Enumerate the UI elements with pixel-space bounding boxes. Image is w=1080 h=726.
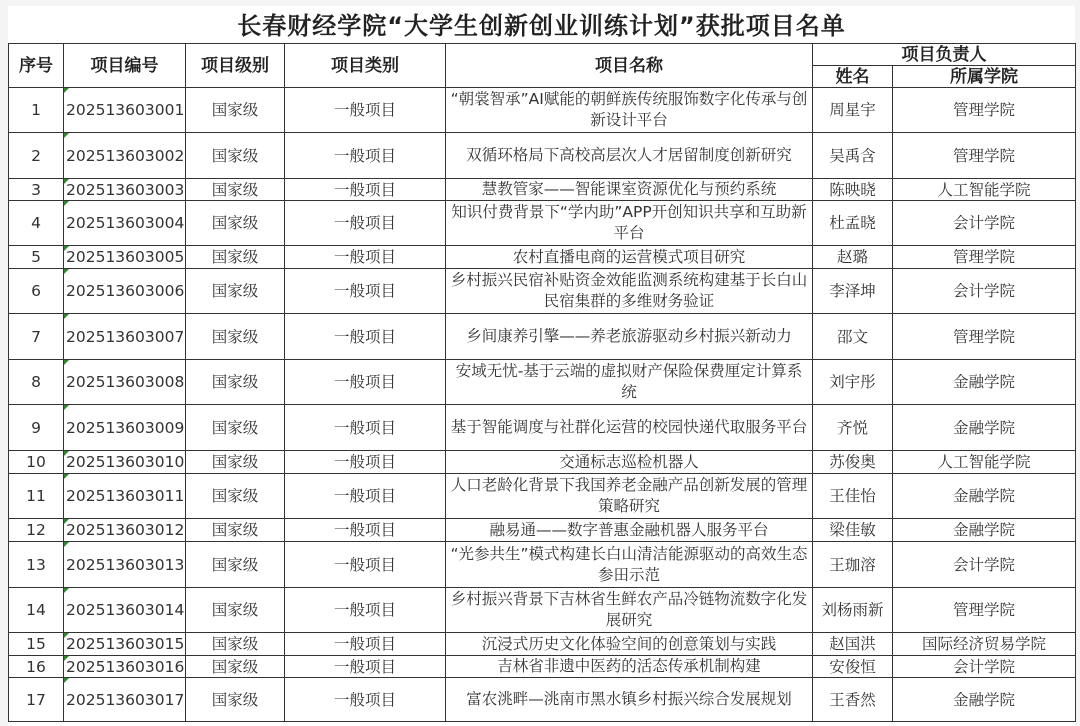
cell-leader-college: 管理学院	[893, 588, 1076, 633]
cell-index: 8	[9, 360, 64, 405]
table-row: 14 202513603014 国家级 一般项目 乡村振兴背景下吉林省生鲜农产品…	[9, 588, 1076, 633]
cell-project-name: 富农洮畔—洮南市黑水镇乡村振兴综合发展规划	[446, 678, 813, 721]
cell-project-name: 人口老龄化背景下我国养老金融产品创新发展的管理策略研究	[446, 474, 813, 519]
cell-index: 16	[9, 656, 64, 678]
table-row: 7 202513603007 国家级 一般项目 乡间康养引擎——养老旅游驱动乡村…	[9, 314, 1076, 360]
cell-category: 一般项目	[285, 656, 446, 678]
cell-level: 国家级	[186, 88, 285, 133]
cell-index: 6	[9, 269, 64, 314]
cell-leader-name: 周星宇	[813, 88, 893, 133]
table-body: 1 202513603001 国家级 一般项目 “朝裳智承”AI赋能的朝鲜族传统…	[9, 88, 1076, 721]
cell-project-name: 交通标志巡检机器人	[446, 451, 813, 474]
cell-level: 国家级	[186, 269, 285, 314]
cell-category: 一般项目	[285, 314, 446, 360]
cell-project-name: 慧教管家——智能课室资源优化与预约系统	[446, 179, 813, 201]
cell-leader-college: 会计学院	[893, 542, 1076, 588]
header-leader-group: 项目负责人	[813, 44, 1076, 66]
cell-code: 202513603017	[64, 678, 186, 721]
header-index: 序号	[9, 44, 64, 88]
cell-leader-name: 刘杨雨新	[813, 588, 893, 633]
cell-leader-name: 吴禹含	[813, 133, 893, 179]
cell-level: 国家级	[186, 633, 285, 656]
table-row: 8 202513603008 国家级 一般项目 安域无忧-基于云端的虚拟财产保险…	[9, 360, 1076, 405]
cell-leader-college: 金融学院	[893, 474, 1076, 519]
projects-table: 序号 项目编号 项目级别 项目类别 项目名称 项目负责人 姓名 所属学院 1 2…	[8, 43, 1076, 720]
header-leader-name: 姓名	[813, 66, 893, 88]
cell-code: 202513603007	[64, 314, 186, 360]
cell-code: 202513603016	[64, 656, 186, 678]
cell-leader-college: 会计学院	[893, 656, 1076, 678]
cell-category: 一般项目	[285, 201, 446, 246]
cell-leader-college: 金融学院	[893, 405, 1076, 451]
cell-index: 15	[9, 633, 64, 656]
cell-leader-college: 管理学院	[893, 314, 1076, 360]
cell-level: 国家级	[186, 246, 285, 269]
cell-level: 国家级	[186, 133, 285, 179]
cell-level: 国家级	[186, 474, 285, 519]
cell-project-name: “朝裳智承”AI赋能的朝鲜族传统服饰数字化传承与创新设计平台	[446, 88, 813, 133]
cell-project-name: 融易通——数字普惠金融机器人服务平台	[446, 519, 813, 542]
cell-category: 一般项目	[285, 588, 446, 633]
cell-level: 国家级	[186, 360, 285, 405]
table-row: 13 202513603013 国家级 一般项目 “光参共生”模式构建长白山清洁…	[9, 542, 1076, 588]
table-row: 10 202513603010 国家级 一般项目 交通标志巡检机器人 苏俊奥 人…	[9, 451, 1076, 474]
table-row: 12 202513603012 国家级 一般项目 融易通——数字普惠金融机器人服…	[9, 519, 1076, 542]
cell-leader-college: 管理学院	[893, 133, 1076, 179]
cell-index: 1	[9, 88, 64, 133]
cell-project-name: 沉浸式历史文化体验空间的创意策划与实践	[446, 633, 813, 656]
header-leader-college: 所属学院	[893, 66, 1076, 88]
cell-leader-name: 安俊恒	[813, 656, 893, 678]
cell-category: 一般项目	[285, 133, 446, 179]
table-row: 5 202513603005 国家级 一般项目 农村直播电商的运营模式项目研究 …	[9, 246, 1076, 269]
cell-level: 国家级	[186, 314, 285, 360]
cell-leader-college: 会计学院	[893, 201, 1076, 246]
cell-category: 一般项目	[285, 678, 446, 721]
cell-index: 13	[9, 542, 64, 588]
cell-project-name: 知识付费背景下“学内助”APP开创知识共享和互助新平台	[446, 201, 813, 246]
cell-leader-college: 金融学院	[893, 678, 1076, 721]
table-row: 11 202513603011 国家级 一般项目 人口老龄化背景下我国养老金融产…	[9, 474, 1076, 519]
table-row: 15 202513603015 国家级 一般项目 沉浸式历史文化体验空间的创意策…	[9, 633, 1076, 656]
cell-code: 202513603001	[64, 88, 186, 133]
cell-leader-college: 会计学院	[893, 269, 1076, 314]
table-row: 6 202513603006 国家级 一般项目 乡村振兴民宿补贴资金效能监测系统…	[9, 269, 1076, 314]
cell-project-name: 安域无忧-基于云端的虚拟财产保险保费厘定计算系统	[446, 360, 813, 405]
cell-code: 202513603011	[64, 474, 186, 519]
cell-leader-college: 管理学院	[893, 88, 1076, 133]
cell-leader-name: 邵文	[813, 314, 893, 360]
cell-project-name: “光参共生”模式构建长白山清洁能源驱动的高效生态参田示范	[446, 542, 813, 588]
cell-project-name: 吉林省非遗中医药的活态传承机制构建	[446, 656, 813, 678]
cell-leader-college: 金融学院	[893, 519, 1076, 542]
cell-index: 11	[9, 474, 64, 519]
cell-category: 一般项目	[285, 633, 446, 656]
cell-category: 一般项目	[285, 360, 446, 405]
cell-category: 一般项目	[285, 405, 446, 451]
cell-code: 202513603006	[64, 269, 186, 314]
cell-level: 国家级	[186, 678, 285, 721]
cell-index: 7	[9, 314, 64, 360]
cell-leader-name: 杜孟晓	[813, 201, 893, 246]
cell-leader-name: 赵国洪	[813, 633, 893, 656]
table-row: 16 202513603016 国家级 一般项目 吉林省非遗中医药的活态传承机制…	[9, 656, 1076, 678]
cell-category: 一般项目	[285, 474, 446, 519]
cell-code: 202513603005	[64, 246, 186, 269]
cell-level: 国家级	[186, 656, 285, 678]
cell-index: 10	[9, 451, 64, 474]
cell-code: 202513603009	[64, 405, 186, 451]
cell-level: 国家级	[186, 451, 285, 474]
cell-index: 9	[9, 405, 64, 451]
cell-index: 5	[9, 246, 64, 269]
cell-leader-name: 王佳怡	[813, 474, 893, 519]
cell-code: 202513603013	[64, 542, 186, 588]
cell-leader-name: 齐悦	[813, 405, 893, 451]
cell-leader-college: 国际经济贸易学院	[893, 633, 1076, 656]
cell-project-name: 农村直播电商的运营模式项目研究	[446, 246, 813, 269]
cell-leader-college: 人工智能学院	[893, 179, 1076, 201]
cell-category: 一般项目	[285, 246, 446, 269]
table-row: 4 202513603004 国家级 一般项目 知识付费背景下“学内助”APP开…	[9, 201, 1076, 246]
cell-category: 一般项目	[285, 451, 446, 474]
cell-leader-name: 李泽坤	[813, 269, 893, 314]
cell-level: 国家级	[186, 201, 285, 246]
cell-project-name: 乡村振兴民宿补贴资金效能监测系统构建基于长白山民宿集群的多维财务验证	[446, 269, 813, 314]
cell-level: 国家级	[186, 179, 285, 201]
cell-category: 一般项目	[285, 269, 446, 314]
cell-project-name: 乡间康养引擎——养老旅游驱动乡村振兴新动力	[446, 314, 813, 360]
cell-leader-name: 刘宇彤	[813, 360, 893, 405]
cell-leader-name: 陈映晓	[813, 179, 893, 201]
cell-code: 202513603010	[64, 451, 186, 474]
cell-code: 202513603015	[64, 633, 186, 656]
cell-leader-college: 金融学院	[893, 360, 1076, 405]
table-row: 1 202513603001 国家级 一般项目 “朝裳智承”AI赋能的朝鲜族传统…	[9, 88, 1076, 133]
header-project-name: 项目名称	[446, 44, 813, 88]
cell-category: 一般项目	[285, 519, 446, 542]
cell-code: 202513603003	[64, 179, 186, 201]
cell-index: 3	[9, 179, 64, 201]
table-row: 17 202513603017 国家级 一般项目 富农洮畔—洮南市黑水镇乡村振兴…	[9, 678, 1076, 721]
cell-category: 一般项目	[285, 88, 446, 133]
cell-code: 202513603012	[64, 519, 186, 542]
cell-leader-name: 赵璐	[813, 246, 893, 269]
cell-code: 202513603014	[64, 588, 186, 633]
spreadsheet-document: 长春财经学院“大学生创新创业训练计划”获批项目名单 序号 项目编号 项目级别 项…	[8, 6, 1075, 720]
cell-index: 17	[9, 678, 64, 721]
cell-level: 国家级	[186, 588, 285, 633]
cell-code: 202513603008	[64, 360, 186, 405]
cell-level: 国家级	[186, 405, 285, 451]
cell-code: 202513603004	[64, 201, 186, 246]
document-title: 长春财经学院“大学生创新创业训练计划”获批项目名单	[8, 6, 1075, 43]
cell-category: 一般项目	[285, 179, 446, 201]
table-row: 9 202513603009 国家级 一般项目 基于智能调度与社群化运营的校园快…	[9, 405, 1076, 451]
cell-leader-name: 梁佳敏	[813, 519, 893, 542]
cell-leader-college: 人工智能学院	[893, 451, 1076, 474]
cell-level: 国家级	[186, 542, 285, 588]
table-row: 2 202513603002 国家级 一般项目 双循环格局下高校高层次人才居留制…	[9, 133, 1076, 179]
cell-project-name: 基于智能调度与社群化运营的校园快递代取服务平台	[446, 405, 813, 451]
cell-level: 国家级	[186, 519, 285, 542]
table-row: 3 202513603003 国家级 一般项目 慧教管家——智能课室资源优化与预…	[9, 179, 1076, 201]
header-level: 项目级别	[186, 44, 285, 88]
cell-leader-name: 苏俊奥	[813, 451, 893, 474]
cell-category: 一般项目	[285, 542, 446, 588]
cell-leader-name: 王香然	[813, 678, 893, 721]
cell-index: 14	[9, 588, 64, 633]
header-category: 项目类别	[285, 44, 446, 88]
cell-index: 2	[9, 133, 64, 179]
cell-leader-college: 管理学院	[893, 246, 1076, 269]
header-code: 项目编号	[64, 44, 186, 88]
cell-project-name: 乡村振兴背景下吉林省生鲜农产品冷链物流数字化发展研究	[446, 588, 813, 633]
cell-index: 4	[9, 201, 64, 246]
cell-project-name: 双循环格局下高校高层次人才居留制度创新研究	[446, 133, 813, 179]
cell-index: 12	[9, 519, 64, 542]
cell-leader-name: 王珈溶	[813, 542, 893, 588]
cell-code: 202513603002	[64, 133, 186, 179]
